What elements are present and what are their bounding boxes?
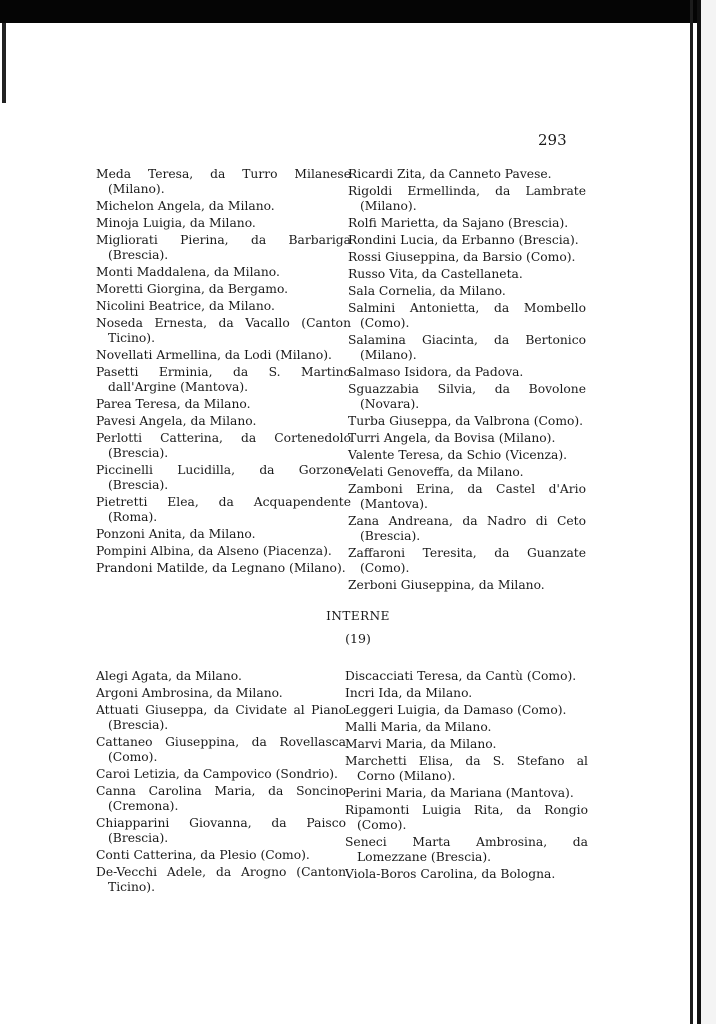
list-item: Prandoni Matilde, da Legnano (Milano). (96, 561, 351, 576)
list-item: Malli Maria, da Milano. (345, 720, 588, 735)
list-item: Moretti Giorgina, da Bergamo. (96, 282, 351, 297)
list-item: Piccinelli Lucidilla, da Gorzone (Bresci… (96, 463, 351, 493)
list-a-right-column: Ricardi Zita, da Canneto Pavese. Rigoldi… (348, 167, 586, 595)
list-item: Parea Teresa, da Milano. (96, 397, 351, 412)
list-item: Discacciati Teresa, da Cantù (Como). (345, 669, 588, 684)
list-b-left-column: Alegi Agata, da Milano. Argoni Ambrosina… (96, 669, 346, 897)
list-item: Valente Teresa, da Schio (Vicenza). (348, 448, 586, 463)
page-right-edge (690, 0, 693, 1024)
list-item: Cattaneo Giuseppina, da Rovellasca (Como… (96, 735, 346, 765)
list-item: Attuati Giuseppa, da Cividate al Piano (… (96, 703, 346, 733)
list-item: Chiapparini Giovanna, da Paisco (Brescia… (96, 816, 346, 846)
list-item: De-Vecchi Adele, da Arogno (Canton Ticin… (96, 865, 346, 895)
list-item: Sala Cornelia, da Milano. (348, 284, 586, 299)
list-item: Migliorati Pierina, da Barbariga (Bresci… (96, 233, 351, 263)
list-item: Pasetti Erminia, da S. Martino dall'Argi… (96, 365, 351, 395)
list-item: Ricardi Zita, da Canneto Pavese. (348, 167, 586, 182)
list-item: Incri Ida, da Milano. (345, 686, 588, 701)
list-item: Salamina Giacinta, da Bertonico (Milano)… (348, 333, 586, 363)
list-item: Velati Genoveffa, da Milano. (348, 465, 586, 480)
list-item: Marchetti Elisa, da S. Stefano al Corno … (345, 754, 588, 784)
list-item: Pietretti Elea, da Acquapendente (Roma). (96, 495, 351, 525)
list-item: Salmini Antonietta, da Mombello (Como). (348, 301, 586, 331)
list-item: Turba Giuseppa, da Valbrona (Como). (348, 414, 586, 429)
section-count: (19) (0, 631, 716, 646)
list-item: Rossi Giuseppina, da Barsio (Como). (348, 250, 586, 265)
list-item: Noseda Ernesta, da Vacallo (Canton Ticin… (96, 316, 351, 346)
list-item: Perini Maria, da Mariana (Mantova). (345, 786, 588, 801)
list-item: Perlotti Catterina, da Cortenedolo (Bres… (96, 431, 351, 461)
list-item: Leggeri Luigia, da Damaso (Como). (345, 703, 588, 718)
list-item: Rolfi Marietta, da Sajano (Brescia). (348, 216, 586, 231)
list-item: Canna Carolina Maria, da Soncino (Cremon… (96, 784, 346, 814)
list-item: Monti Maddalena, da Milano. (96, 265, 351, 280)
list-item: Salmaso Isidora, da Padova. (348, 365, 586, 380)
list-item: Minoja Luigia, da Milano. (96, 216, 351, 231)
list-item: Sguazzabia Silvia, da Bovolone (Novara). (348, 382, 586, 412)
list-item: Pavesi Angela, da Milano. (96, 414, 351, 429)
list-item: Zana Andreana, da Nadro di Ceto (Brescia… (348, 514, 586, 544)
list-b-right-column: Discacciati Teresa, da Cantù (Como). Inc… (345, 669, 588, 884)
list-item: Marvi Maria, da Milano. (345, 737, 588, 752)
list-item: Russo Vita, da Castellaneta. (348, 267, 586, 282)
page-number: 293 (538, 131, 567, 149)
list-item: Caroi Letizia, da Campovico (Sondrio). (96, 767, 346, 782)
scan-left-edge (2, 23, 6, 103)
list-item: Pompini Albina, da Alseno (Piacenza). (96, 544, 351, 559)
list-item: Zaffaroni Teresita, da Guanzate (Como). (348, 546, 586, 576)
scan-right-strip (701, 0, 716, 1024)
list-item: Rondini Lucia, da Erbanno (Brescia). (348, 233, 586, 248)
list-item: Ripamonti Luigia Rita, da Rongio (Como). (345, 803, 588, 833)
list-item: Meda Teresa, da Turro Milanese (Milano). (96, 167, 351, 197)
list-item: Michelon Angela, da Milano. (96, 199, 351, 214)
list-item: Zamboni Erina, da Castel d'Ario (Mantova… (348, 482, 586, 512)
list-item: Nicolini Beatrice, da Milano. (96, 299, 351, 314)
list-item: Ponzoni Anita, da Milano. (96, 527, 351, 542)
list-item: Seneci Marta Ambrosina, da Lomezzane (Br… (345, 835, 588, 865)
list-a-left-column: Meda Teresa, da Turro Milanese (Milano).… (96, 167, 351, 578)
scan-top-border (0, 0, 716, 23)
list-item: Turri Angela, da Bovisa (Milano). (348, 431, 586, 446)
list-item: Argoni Ambrosina, da Milano. (96, 686, 346, 701)
list-item: Rigoldi Ermellinda, da Lambrate (Milano)… (348, 184, 586, 214)
section-heading: INTERNE (0, 609, 716, 623)
list-item: Conti Catterina, da Plesio (Como). (96, 848, 346, 863)
list-item: Novellati Armellina, da Lodi (Milano). (96, 348, 351, 363)
list-item: Alegi Agata, da Milano. (96, 669, 346, 684)
list-item: Viola-Boros Carolina, da Bologna. (345, 867, 588, 882)
list-item: Zerboni Giuseppina, da Milano. (348, 578, 586, 593)
